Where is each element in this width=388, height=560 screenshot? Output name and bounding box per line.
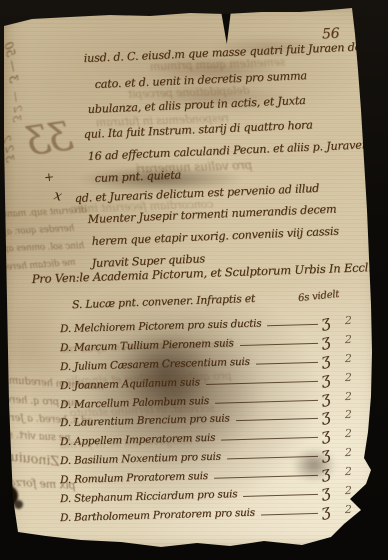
leader-line: [215, 399, 318, 403]
register-row: D. Romulum Proratorem suisʒ2: [60, 466, 352, 486]
entry-amount: 2: [334, 465, 352, 478]
flourish-glyph: ʒ: [319, 386, 336, 407]
ink-spot: [92, 5, 102, 14]
entry-name: D. Joannem Aquilanum suis: [60, 376, 200, 392]
leader-line: [256, 362, 318, 365]
entry-amount: 2: [334, 389, 352, 402]
leader-line: [261, 513, 318, 516]
attendance-register: D. Melchiorem Pictorem pro suis ductisʒ2…: [60, 319, 352, 527]
register-row: D. Joannem Aquilanum suisʒ2: [60, 372, 352, 392]
entry-name: D. Marcellum Palombum suis: [60, 394, 209, 410]
entry-amount: 2: [334, 408, 352, 421]
margin-annotation: ʒ — 50: [1, 41, 23, 84]
section-subheading: S. Lucæ pnt. convener. Infraptis et: [72, 292, 255, 311]
register-row: D. Bartholomeum Proratorem pro suisʒ2: [60, 504, 352, 524]
register-row: D. Basilium Noxentium pro suisʒ2: [60, 447, 352, 467]
entry-name: D. Bartholomeum Proratorem pro suis: [60, 507, 255, 524]
entry-name: D. Marcum Tullium Pieronem suis: [60, 337, 234, 354]
manuscript-page: 56 sementem quam primum delapidatione pe…: [0, 0, 388, 560]
section-subheading-right: 6s videlt: [298, 289, 340, 304]
entry-amount: 2: [334, 446, 352, 459]
plus-mark: +: [43, 170, 54, 185]
margin-annotation: heredes quor. apud: [0, 224, 75, 238]
leader-line: [206, 381, 318, 385]
manuscript-line: cum pnt. quieta: [94, 168, 181, 185]
margin-annotation: ʒ 2 2: [0, 134, 19, 163]
ink-spot: [40, 8, 47, 14]
margin-annotation: dixerunt sup. manu x: [0, 206, 87, 221]
entry-name: D. Appellem Imperatorem suis: [60, 432, 215, 448]
cross-mark: x: [52, 187, 63, 204]
register-row: D. Marcum Tullium Pieronem suisʒ2: [60, 334, 352, 354]
entry-amount: 2: [334, 503, 352, 516]
ink-spot: [24, 3, 38, 13]
margin-annotation: hinc sol. omnes apud: [0, 241, 84, 254]
page-number: 56: [322, 26, 340, 43]
entry-name: D. Laurentium Brencium pro suis: [60, 413, 230, 430]
entry-amount: 2: [334, 371, 352, 384]
entry-name: D. Romulum Proratorem suis: [60, 470, 208, 486]
entry-name: D. Stephanum Ricciardum pro suis: [60, 488, 238, 505]
leader-line: [221, 437, 318, 441]
ink-blot: [14, 500, 23, 509]
leader-line: [227, 456, 318, 460]
register-row: D. Stephanum Ricciardum pro suisʒ2: [60, 485, 352, 505]
entry-amount: 2: [334, 333, 352, 346]
entry-amount: 2: [334, 427, 352, 440]
register-row: D. Julium Cæsarem Crescentium suisʒ2: [60, 353, 352, 373]
entry-amount: 2: [334, 352, 352, 365]
margin-annotation: Zinouius: [3, 449, 60, 470]
register-row: D. Melchiorem Pictorem pro suis ductisʒ2: [60, 315, 352, 335]
entry-amount: 2: [334, 484, 352, 497]
leader-line: [243, 494, 318, 497]
leader-line: [214, 475, 318, 479]
entry-name: D. Basilium Noxentium pro suis: [60, 451, 221, 467]
margin-annotation: ʒʒ: [23, 105, 74, 157]
leader-line: [236, 418, 318, 421]
register-row: D. Appellem Imperatorem suisʒ2: [60, 428, 352, 448]
entry-name: D. Julium Cæsarem Crescentium suis: [60, 356, 250, 373]
leader-line: [240, 343, 318, 346]
paper-tear-notch: [218, 12, 234, 44]
register-row: D. Laurentium Brencium pro suisʒ2: [60, 409, 352, 429]
flourish-glyph: ʒ: [319, 367, 336, 388]
leader-line: [267, 324, 318, 326]
entry-amount: 2: [334, 314, 352, 327]
entry-name: D. Melchiorem Pictorem pro suis ductis: [60, 317, 262, 335]
register-row: D. Marcellum Palombum suisʒ2: [60, 390, 352, 410]
manuscript-line: herem que etapir uxorig. conveniis viij …: [91, 225, 339, 248]
